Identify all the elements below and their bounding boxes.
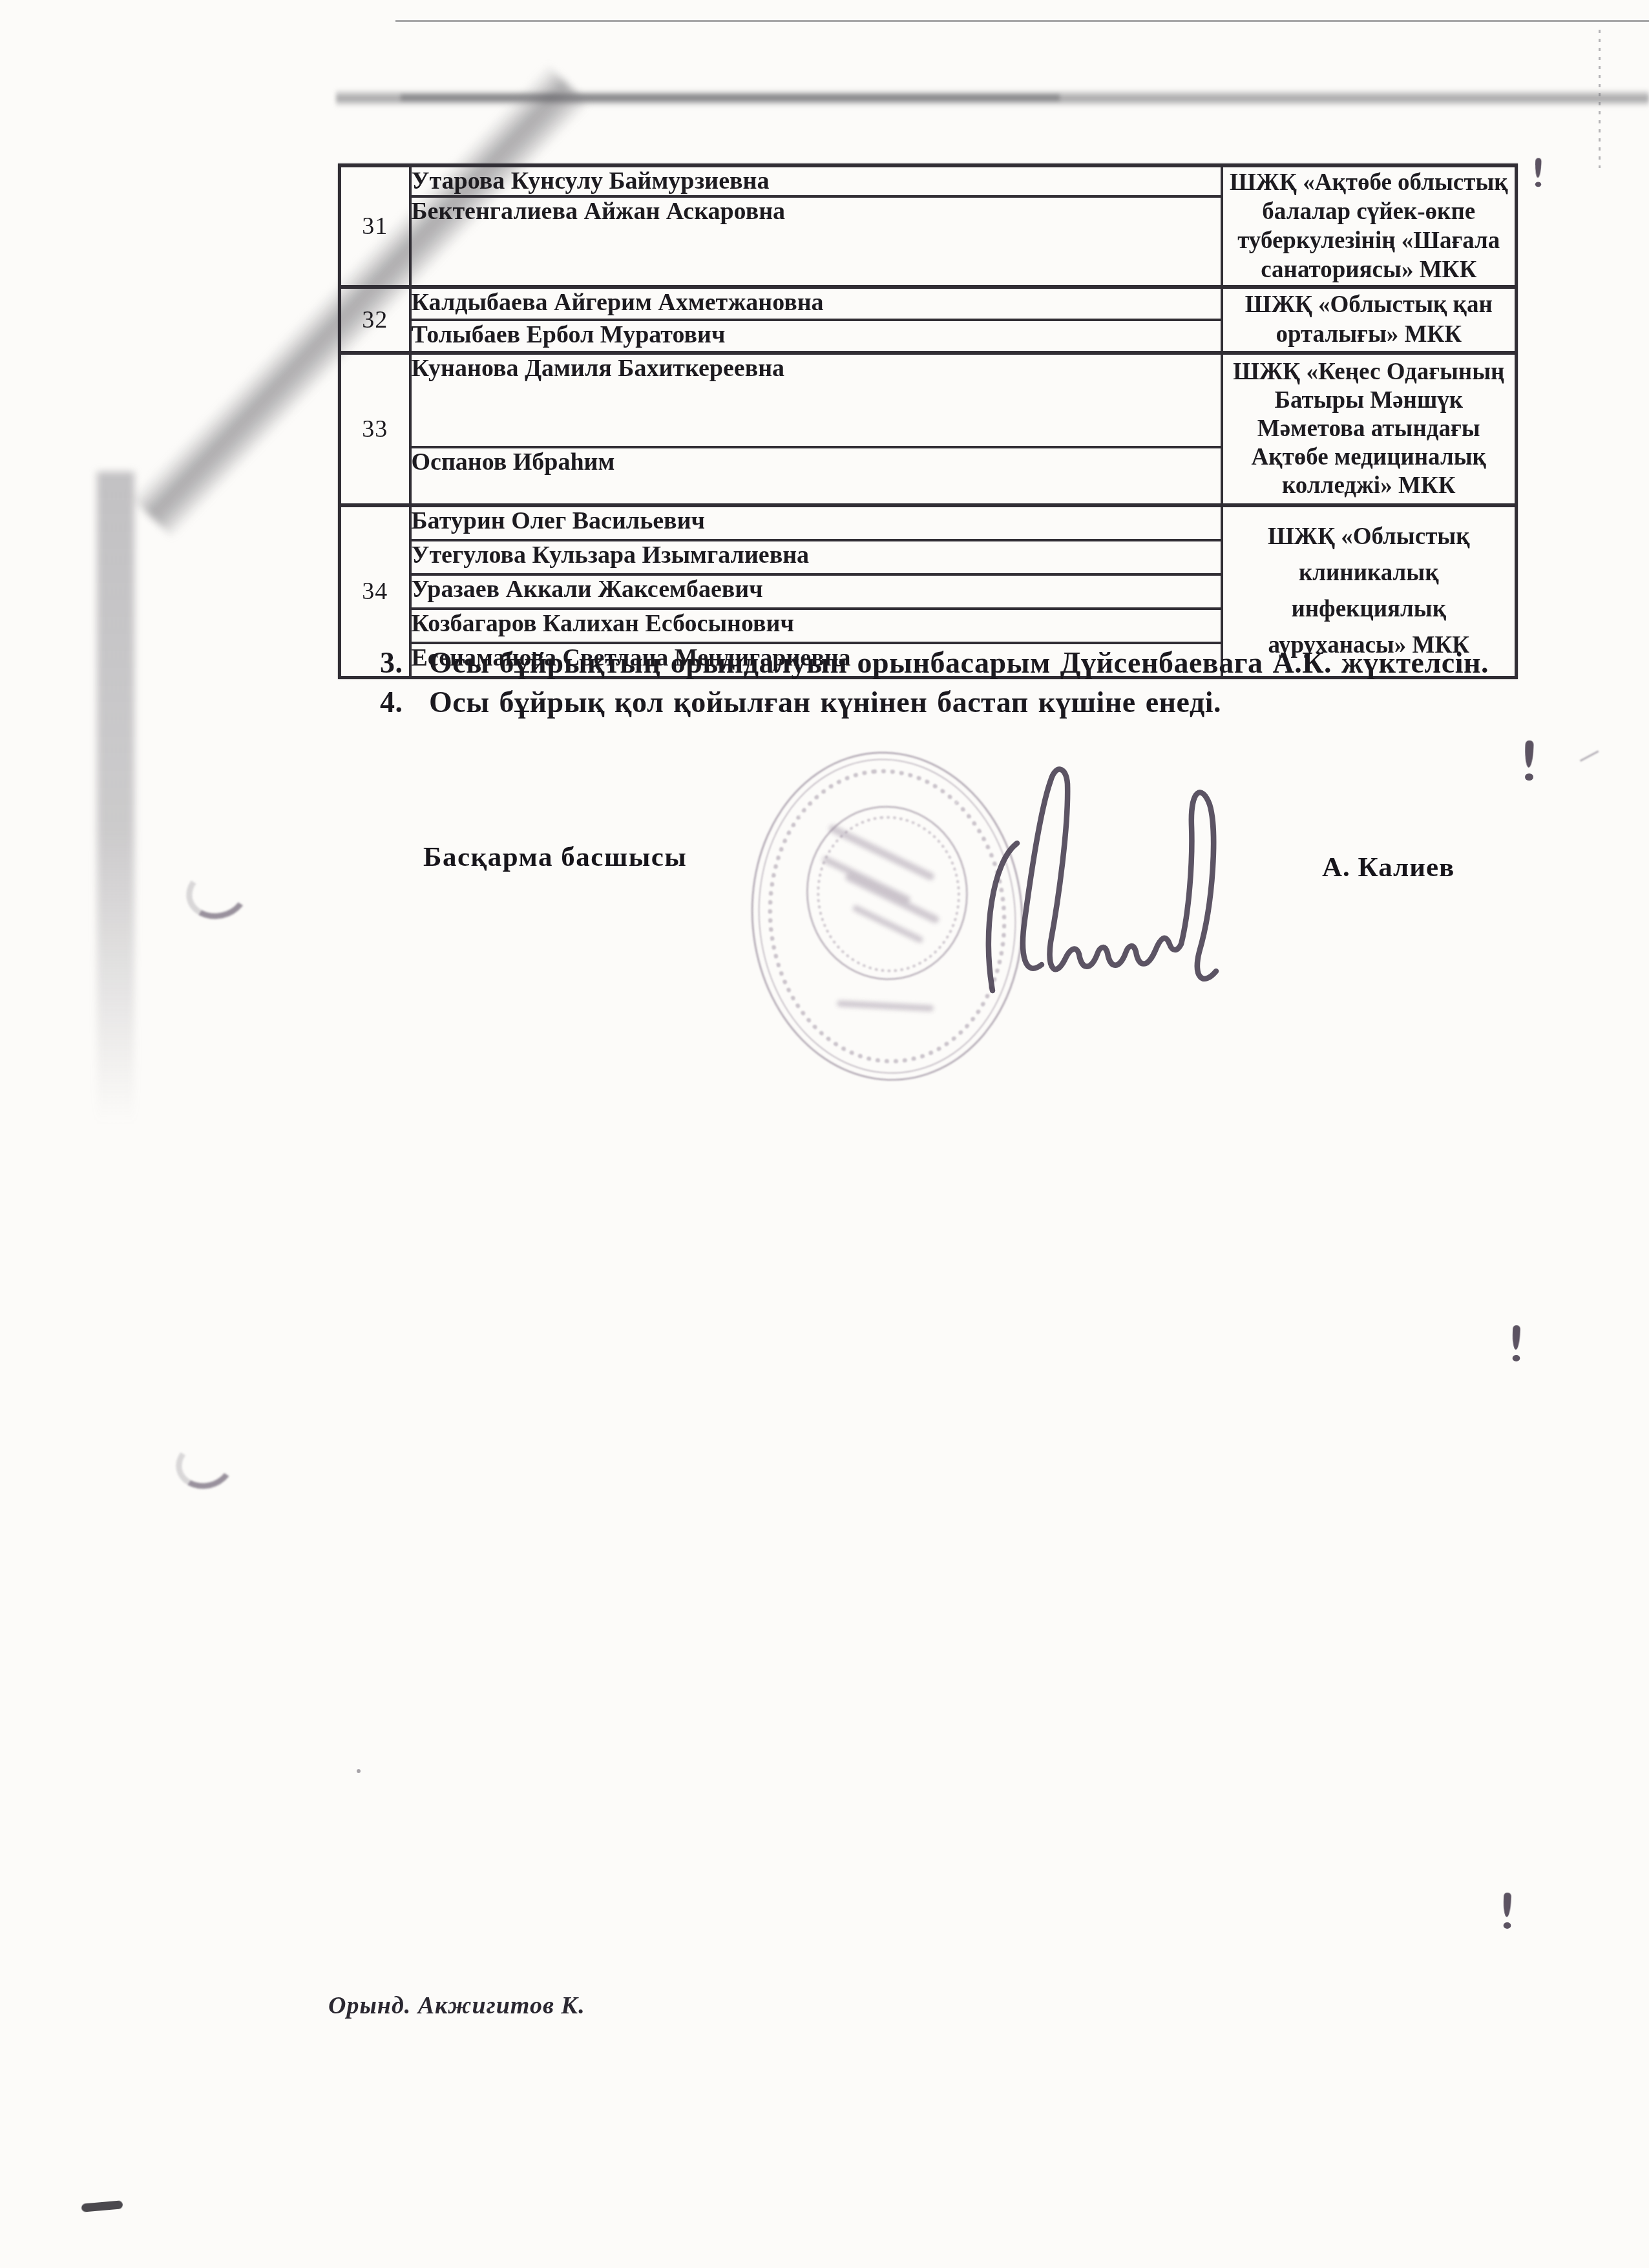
scan-speck	[357, 1769, 361, 1773]
person-name: Толыбаев Ербол Муратович	[410, 320, 1222, 353]
margin-ink-mark	[1513, 1325, 1520, 1361]
person-name: Калдыбаева Айгерим Ахметжановна	[410, 287, 1222, 320]
margin-ink-mark	[1535, 158, 1541, 187]
table-row: 33 Кунанова Дамиля Бахиткереевна ШЖҚ «Ке…	[340, 353, 1517, 447]
signer-position-label: Басқарма басшысы	[423, 841, 687, 873]
table-row: 32 Калдыбаева Айгерим Ахметжановна ШЖҚ «…	[340, 287, 1517, 320]
bottom-pen-dash	[81, 2200, 123, 2212]
roster-table: 31 Утарова Кунсулу Баймурзиевна ШЖҚ «Ақт…	[338, 163, 1518, 679]
order-item-number: 3.	[380, 646, 417, 680]
order-item-3: 3. Осы бұйрықтың орындалуын орынбасарым …	[380, 646, 1556, 680]
order-item-4: 4. Осы бұйрық қол қойылған күнінен баста…	[380, 686, 1556, 720]
person-name: Утегулова Кульзара Изымгалиевна	[410, 540, 1222, 574]
row-number: 31	[340, 165, 410, 287]
hole-punch-mark	[182, 861, 253, 925]
scanned-document-page: 31 Утарова Кунсулу Баймурзиевна ШЖҚ «Ақт…	[0, 0, 1649, 2268]
executor-note: Орынд. Акжигитов К.	[328, 1991, 585, 2020]
person-name: Кунанова Дамиля Бахиткереевна	[410, 353, 1222, 447]
person-name: Уразаев Аккали Жаксембаевич	[410, 574, 1222, 609]
person-name: Утарова Кунсулу Баймурзиевна	[410, 165, 1222, 196]
row-number: 32	[340, 287, 410, 353]
handwritten-signature	[986, 764, 1245, 1003]
scan-shadow-band-dark	[401, 94, 1060, 101]
order-item-text: Осы бұйрықтың орындалуын орынбасарым Дүй…	[429, 646, 1489, 680]
table-row: 31 Утарова Кунсулу Баймурзиевна ШЖҚ «Ақт…	[340, 165, 1517, 196]
margin-ink-mark	[1525, 740, 1533, 781]
person-name: Козбагаров Калихан Есбосынович	[410, 609, 1222, 643]
margin-ink-mark	[1504, 1893, 1511, 1929]
row-number: 33	[340, 353, 410, 505]
margin-scratch-mark	[1580, 750, 1602, 768]
organization-name: ШЖҚ «Кеңес Одағының Батыры Мәншүк Мәмето…	[1222, 353, 1517, 505]
scan-dotted-artifact	[1599, 30, 1601, 168]
signature-main-stroke	[1023, 770, 1216, 979]
page-edge-shadow	[97, 472, 134, 1124]
scan-top-edge-line	[395, 20, 1649, 22]
order-item-number: 4.	[380, 686, 417, 720]
order-item-text: Осы бұйрық қол қойылған күнінен бастап к…	[429, 686, 1221, 720]
organization-name: ШЖҚ «Ақтөбе облыстық балалар сүйек-өкпе …	[1222, 165, 1517, 287]
order-items: 3. Осы бұйрықтың орындалуын орынбасарым …	[380, 646, 1556, 720]
table-row: 34 Батурин Олег Васильевич ШЖҚ «Облыстық…	[340, 505, 1517, 540]
person-name: Оспанов Ибраһим	[410, 447, 1222, 505]
person-name: Бектенгалиева Айжан Аскаровна	[410, 196, 1222, 287]
signature-leadin-stroke	[989, 843, 1017, 991]
person-name: Батурин Олег Васильевич	[410, 505, 1222, 540]
signer-name: А. Калиев	[1322, 852, 1455, 883]
hole-punch-mark	[171, 1434, 238, 1494]
organization-name: ШЖҚ «Облыстық қан орталығы» МКК	[1222, 287, 1517, 353]
